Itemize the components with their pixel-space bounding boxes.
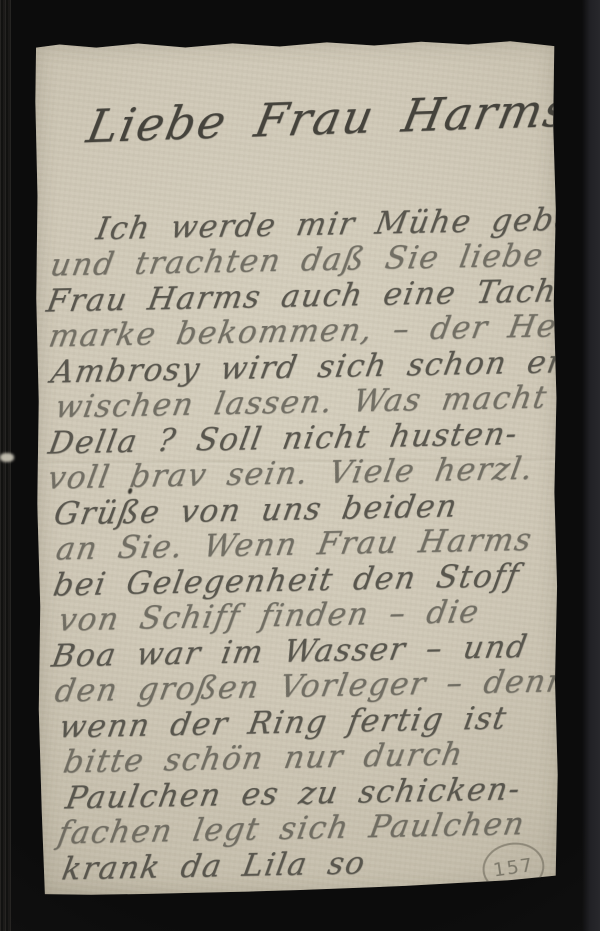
archive-number-stamp: 157 bbox=[479, 838, 548, 896]
letter-paper: Liebe Frau Harms ! Ich werde mir Mühe ge… bbox=[33, 38, 562, 897]
mount-edge-left bbox=[0, 0, 11, 931]
mount-edge-right bbox=[582, 0, 600, 931]
archive-number: 157 bbox=[492, 854, 536, 882]
letter-salutation: Liebe Frau Harms ! bbox=[83, 81, 600, 153]
photo-backdrop: Liebe Frau Harms ! Ich werde mir Mühe ge… bbox=[0, 0, 600, 931]
letter-line: krank da Lila so bbox=[59, 845, 368, 887]
fold-nick bbox=[0, 453, 14, 462]
